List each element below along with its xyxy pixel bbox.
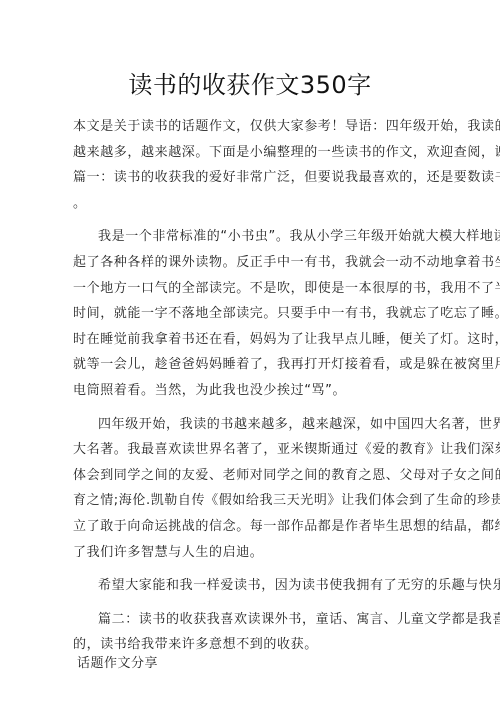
intro-paragraph: 本文是关于读书的话题作文，仅供大家参考！导语：四年级开始，我读的书 越来越多，越… — [73, 114, 433, 216]
text-line: 体会到同学之间的友爱、老师对同学之间的教育之恩、父母对子女之间的养 — [73, 463, 433, 489]
document-page: 读书的收获作文350字 本文是关于读书的话题作文，仅供大家参考！导语：四年级开始… — [0, 0, 500, 708]
paragraph-gap — [73, 404, 433, 412]
text-line: 就等一会儿，趁爸爸妈妈睡着了，我再打开灯接着看，或是躲在被窝里用手 — [73, 352, 433, 378]
document-body: 本文是关于读书的话题作文，仅供大家参考！导语：四年级开始，我读的书 越来越多，越… — [73, 114, 433, 658]
paragraph-gap — [73, 216, 433, 224]
text-line: 了我们许多智慧与人生的启迪。 — [73, 540, 433, 566]
text-line: 篇一：读书的收获我的爱好非常广泛，但要说我最喜欢的，还是要数读书了 — [73, 165, 433, 191]
paragraph-2: 四年级开始，我读的书越来越多，越来越深，如中国四大名著，世界十 大名著。我最喜欢… — [73, 412, 433, 566]
text-line: 大名著。我最喜欢读世界名著了，亚米锲斯通过《爱的教育》让我们深刻的 — [73, 437, 433, 463]
paragraph-3: 希望大家能和我一样爱读书，因为读书使我拥有了无穷的乐趣与快乐。 — [73, 573, 433, 599]
text-line: 育之情;海伦.凯勒自传《假如给我三天光明》让我们体会到了生命的珍贵，树 — [73, 488, 433, 514]
footer-tag: 话题作文分享 — [77, 654, 158, 674]
text-line: 希望大家能和我一样爱读书，因为读书使我拥有了无穷的乐趣与快乐。 — [73, 573, 433, 599]
paragraph-gap — [73, 599, 433, 607]
page-title: 读书的收获作文350字 — [0, 70, 500, 100]
text-line: 篇二：读书的收获我喜欢读课外书，童话、寓言、儿童文学都是我喜欢 — [73, 607, 433, 633]
paragraph-gap — [73, 565, 433, 573]
text-line: 越来越多，越来越深。下面是小编整理的一些读书的作文，欢迎查阅，谢谢! — [73, 140, 433, 166]
text-line: 立了敢于向命运挑战的信念。每一部作品都是作者毕生思想的结晶，都给予 — [73, 514, 433, 540]
text-line: 我是一个非常标准的“小书虫”。我从小学三年级开始就大模大样地读 — [73, 224, 433, 250]
paragraph-4: 篇二：读书的收获我喜欢读课外书，童话、寓言、儿童文学都是我喜欢 的，读书给我带来… — [73, 607, 433, 658]
text-line: 。 — [73, 191, 433, 217]
text-line: 时在睡觉前我拿着书还在看，妈妈为了让我早点儿睡，便关了灯。这时，我 — [73, 327, 433, 353]
text-line: 起了各种各样的课外读物。反正手中一有书，我就会一动不动地拿着书坐在 — [73, 250, 433, 276]
text-line: 四年级开始，我读的书越来越多，越来越深，如中国四大名著，世界十 — [73, 412, 433, 438]
text-line: 一个地方一口气的全部读完。不是吹，即使是一本很厚的书，我用不了半天 — [73, 276, 433, 302]
text-line: 时间，就能一字不落地全部读完。只要手中一有书，我就忘了吃忘了睡。有 — [73, 301, 433, 327]
text-line: 本文是关于读书的话题作文，仅供大家参考！导语：四年级开始，我读的书 — [73, 114, 433, 140]
text-line: 电筒照着看。当然，为此我也没少挨过“骂”。 — [73, 378, 433, 404]
paragraph-1: 我是一个非常标准的“小书虫”。我从小学三年级开始就大模大样地读 起了各种各样的课… — [73, 224, 433, 403]
